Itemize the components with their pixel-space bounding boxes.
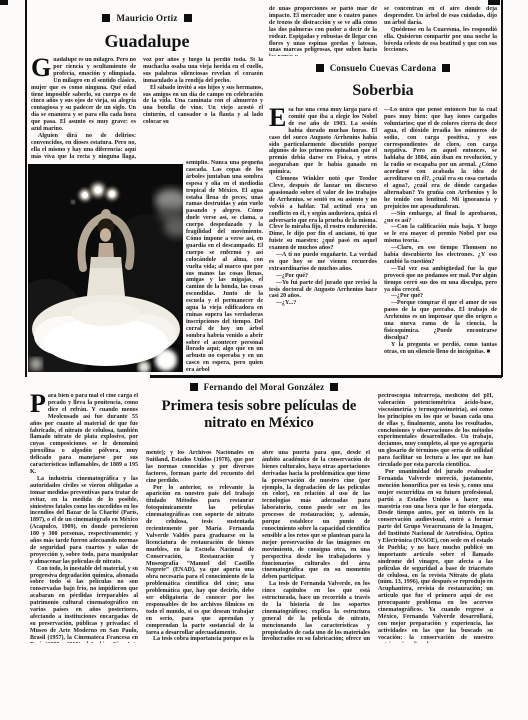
left-vertical-rule <box>25 0 27 377</box>
magazine-page: Mauricio Ortiz Guadalupe Guadalupe es un… <box>0 0 528 720</box>
author-name: Fernando del Moral González <box>204 382 325 392</box>
paragraph: La industria cinematográfica y las autor… <box>30 476 138 566</box>
article-title-guadalupe: Guadalupe <box>30 31 264 52</box>
paragraph: —Yo fui parte del jurado que revisó la t… <box>269 280 377 301</box>
byline-primera-tesis: Fernando del Moral González <box>30 382 498 392</box>
black-square-icon <box>442 64 450 72</box>
paragraph: —¿Por qué? <box>384 293 497 300</box>
paragraph: Y la pregunta se perdió, como tantas otr… <box>384 342 497 356</box>
soberbia-column-2: —Lo único que pensé entonces fue la cual… <box>384 107 497 371</box>
black-square-icon <box>316 64 324 72</box>
paragraph: Con todo, lo inestable del material, y s… <box>30 566 138 643</box>
tesis-column-3: abre una puerta para que, desde el ámbit… <box>262 450 370 643</box>
paragraph: abre una puerta para que, desde el ámbit… <box>262 450 370 581</box>
paragraph: Esa fue una cena muy larga para el comit… <box>269 107 377 176</box>
paragraph: Clemens Winkler notó que Teodor Cleve, d… <box>269 176 377 252</box>
paragraph: La tesis cobra importancia porque es la … <box>146 636 254 643</box>
paragraph: de unas proporciones se parió mar de imp… <box>269 6 377 56</box>
article-title-primera-tesis: Primera tesis sobre películas de nitrato… <box>140 398 378 432</box>
tesis-column-1: Para bien o para mal el cine carga el pe… <box>30 393 138 643</box>
paragraph: —¿Por qué? <box>269 273 377 280</box>
ballerina-photo <box>28 164 183 372</box>
tesis-column-2: mente); y los Archivos Nacionales en Sui… <box>146 450 254 643</box>
paragraph: La tesis de Fernanda Valverde, en los ci… <box>262 581 370 643</box>
black-square-icon <box>184 14 192 22</box>
byline-guadalupe: Mauricio Ortiz <box>30 13 264 23</box>
paragraph: —Claro, en ese tiempo Thomson no había d… <box>384 245 497 266</box>
paragraph: se concentran en el aire donde deja desp… <box>384 6 497 27</box>
paragraph: pectroscopía infrarroja, medición del pH… <box>378 393 493 469</box>
right-vertical-rule <box>501 0 503 377</box>
overflow-column-b: se concentran en el aire donde deja desp… <box>384 6 497 56</box>
guadalupe-column-2-top: voz por años y luego la perdió toda. Si … <box>143 57 263 158</box>
black-square-icon <box>190 383 198 391</box>
soberbia-column-1: Esa fue una cena muy larga para el comit… <box>269 107 377 371</box>
guadalupe-column-1: Guadalupe es un milagro. Pero no por cie… <box>31 57 136 161</box>
paragraph: El sábado invitó a sus hijos y sus herma… <box>143 85 263 126</box>
paragraph: —¿Y...? <box>269 300 377 307</box>
article-title-soberbia: Soberbia <box>268 82 498 100</box>
paragraph: semiplio. Nunca una pequeña cascada. Las… <box>186 160 263 374</box>
paragraph: Por lo anterior, es relevante la aparici… <box>146 485 254 637</box>
author-name: Mauricio Ortiz <box>116 13 177 23</box>
paragraph: —Con la calificación más baja. Y luego s… <box>384 224 497 245</box>
paragraph: Quédense en la Cuaresma, les respondió e… <box>384 27 497 55</box>
top-right-corner-mark <box>488 0 500 5</box>
tesis-column-4: pectroscopía infrarroja, medición del pH… <box>378 393 493 643</box>
paragraph: —Tal vez esa ambigüedad fue la que provo… <box>384 266 497 294</box>
paragraph: voz por años y luego la perdió toda. Si … <box>143 57 263 85</box>
black-square-icon <box>330 383 338 391</box>
paragraph: —Lo único que pensé entonces fue la cual… <box>384 107 497 211</box>
paragraph: mente); y los Archivos Nacionales en Sui… <box>146 450 254 485</box>
paragraph: Guadalupe es un milagro. Pero no por cie… <box>31 57 136 133</box>
paragraph: Por unanimidad del jurado evaluador Fern… <box>378 469 493 643</box>
paragraph: Alguien dirá no de delirios: convencidos… <box>31 133 136 161</box>
paragraph: —Sin embargo, al final lo aprobaron, ¿no… <box>384 211 497 225</box>
guadalupe-column-2-side: semiplio. Nunca una pequeña cascada. Las… <box>186 160 263 376</box>
author-name: Consuelo Cuevas Cardona <box>330 63 437 73</box>
top-left-corner-mark <box>0 0 8 5</box>
paragraph: —Porque comprar él que el amor de sus pa… <box>384 300 497 341</box>
byline-soberbia: Consuelo Cuevas Cardona <box>268 63 498 73</box>
paragraph: —A ti no puedo engañarte. La verdad es q… <box>269 252 377 273</box>
overflow-column-a: de unas proporciones se parió mar de imp… <box>269 6 377 56</box>
paragraph: Para bien o para mal el cine carga el pe… <box>30 393 138 476</box>
black-square-icon <box>102 14 110 22</box>
